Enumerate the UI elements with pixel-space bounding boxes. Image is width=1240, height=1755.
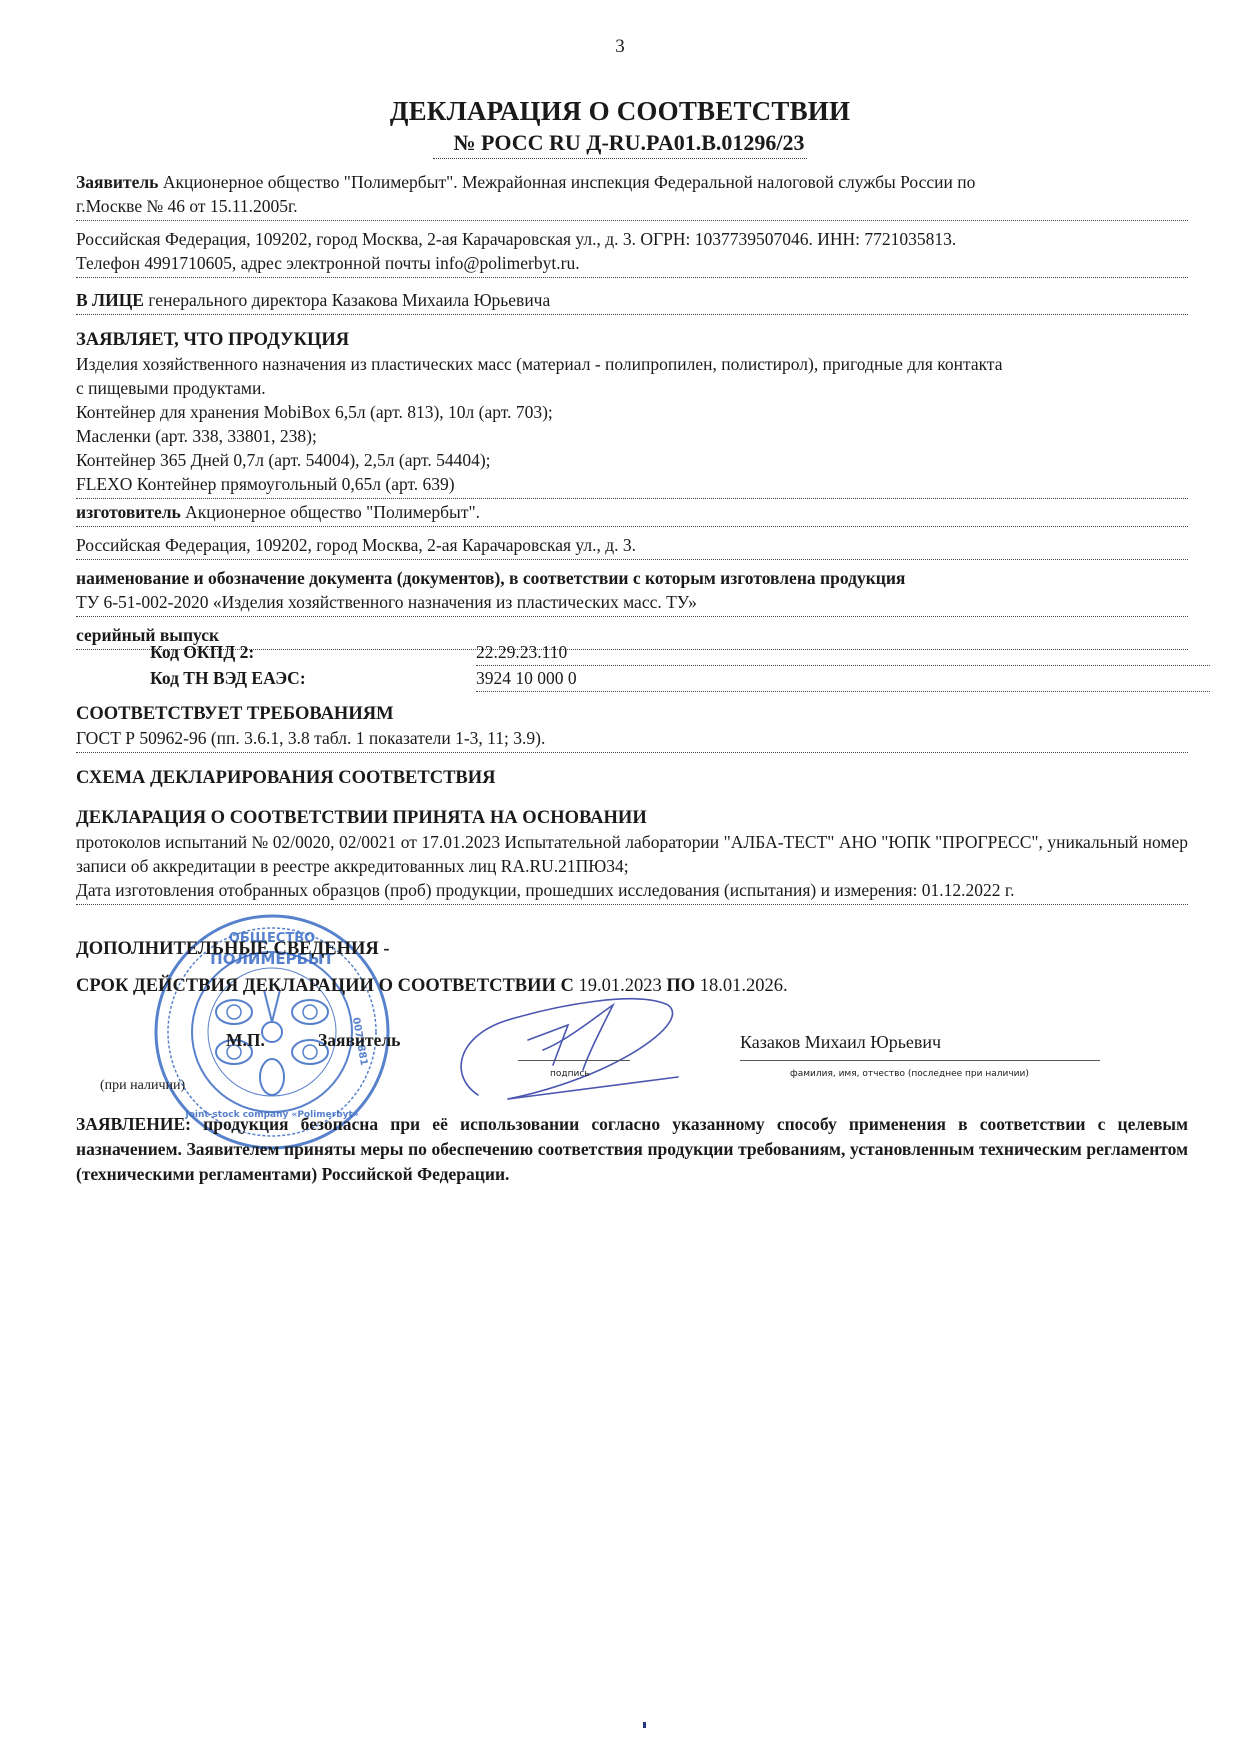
- represented-text: генерального директора Казакова Михаила …: [144, 290, 550, 310]
- manufacturer-section: изготовитель Акционерное общество "Полим…: [76, 500, 1188, 656]
- basis-paragraph2: Дата изготовления отобранных образцов (п…: [76, 878, 1188, 905]
- applicant-label: Заявитель: [76, 172, 158, 192]
- applicant-line2: г.Москве № 46 от 15.11.2005г.: [76, 194, 1188, 221]
- scheme-heading: СХЕМА ДЕКЛАРИРОВАНИЯ СООТВЕТСТВИЯ: [76, 766, 1188, 790]
- signature-icon: [448, 995, 688, 1105]
- manufacturer-label: изготовитель: [76, 502, 181, 522]
- applicant-address-line2: Телефон 4991710605, адрес электронной по…: [76, 251, 1188, 278]
- statement: ЗАЯВЛЕНИЕ: продукция безопасна при её ис…: [76, 1112, 1188, 1187]
- additional-info-label: ДОПОЛНИТЕЛЬНЫЕ СВЕДЕНИЯ: [76, 939, 379, 959]
- product-line: Изделия хозяйственного назначения из пла…: [76, 352, 1188, 376]
- document-title: ДЕКЛАРАЦИЯ О СООТВЕТСТВИИ: [0, 96, 1240, 127]
- applicant-text: Акционерное общество "Полимербыт". Межра…: [158, 172, 975, 192]
- product-line: Контейнер для хранения MobiBox 6,5л (арт…: [76, 400, 1188, 424]
- requirements-text: ГОСТ Р 50962-96 (пп. 3.6.1, 3.8 табл. 1 …: [76, 726, 1188, 753]
- statement-label: ЗАЯВЛЕНИЕ:: [76, 1114, 191, 1134]
- signature-caption: подпись: [550, 1069, 590, 1079]
- additional-info: ДОПОЛНИТЕЛЬНЫЕ СВЕДЕНИЯ -: [76, 937, 1188, 961]
- name-caption: фамилия, имя, отчество (последнее при на…: [790, 1069, 1029, 1079]
- validity-label: СРОК ДЕЙСТВИЯ ДЕКЛАРАЦИИ О СООТВЕТСТВИИ …: [76, 976, 574, 996]
- validity-from: 19.01.2023: [574, 976, 667, 996]
- validity-to: 18.01.2026.: [695, 976, 788, 996]
- statement-text: продукция безопасна при её использовании…: [76, 1114, 1188, 1184]
- basis-heading: ДЕКЛАРАЦИЯ О СООТВЕТСТВИИ ПРИНЯТА НА ОСН…: [76, 806, 1188, 830]
- manufacturer-text: Акционерное общество "Полимербыт".: [181, 502, 480, 522]
- signature-line: [518, 1060, 630, 1061]
- code-value: 3924 10 000 0: [476, 666, 1210, 692]
- product-line: Контейнер 365 Дней 0,7л (арт. 54004), 2,…: [76, 448, 1188, 472]
- product-heading: ЗАЯВЛЯЕТ, ЧТО ПРОДУКЦИЯ: [76, 328, 1188, 352]
- product-line: с пищевыми продуктами.: [76, 376, 1188, 400]
- scan-mark: [643, 1722, 646, 1728]
- code-label: Код ОКПД 2:: [150, 640, 476, 666]
- mp-note: (при наличии): [100, 1078, 185, 1094]
- basis-paragraph1: протоколов испытаний № 02/0020, 02/0021 …: [76, 830, 1188, 878]
- additional-section: ДОПОЛНИТЕЛЬНЫЕ СВЕДЕНИЯ -: [76, 937, 1188, 961]
- signer-name: Казаков Михаил Юрьевич: [740, 1032, 941, 1053]
- name-line: [740, 1060, 1100, 1061]
- code-label: Код ТН ВЭД ЕАЭС:: [150, 666, 476, 692]
- represented-label: В ЛИЦЕ: [76, 290, 144, 310]
- requirements-section: СООТВЕТСТВУЕТ ТРЕБОВАНИЯМ ГОСТ Р 50962-9…: [76, 702, 1188, 759]
- page-number: 3: [0, 36, 1240, 58]
- product-section: ЗАЯВЛЯЕТ, ЧТО ПРОДУКЦИЯ Изделия хозяйств…: [76, 328, 1188, 505]
- codes-section: Код ОКПД 2: 22.29.23.110 Код ТН ВЭД ЕАЭС…: [150, 640, 1210, 692]
- additional-info-value: -: [379, 939, 390, 959]
- applicant-address-line1: Российская Федерация, 109202, город Моск…: [76, 227, 1188, 251]
- applicant-signature-label: Заявитель: [318, 1030, 400, 1051]
- mp-label: М.П.: [226, 1030, 265, 1051]
- manufacturer-address: Российская Федерация, 109202, город Моск…: [76, 533, 1188, 560]
- product-line: FLEXO Контейнер прямоугольный 0,65л (арт…: [76, 472, 1188, 499]
- product-line: Масленки (арт. 338, 33801, 238);: [76, 424, 1188, 448]
- registration-number-wrap: № РОСС RU Д-RU.PA01.B.01296/23: [0, 130, 1240, 159]
- document-basis-text: ТУ 6-51-002-2020 «Изделия хозяйственного…: [76, 590, 1188, 617]
- code-value: 22.29.23.110: [476, 640, 1210, 666]
- manufacturer-line: изготовитель Акционерное общество "Полим…: [76, 500, 1188, 527]
- code-row-tnved: Код ТН ВЭД ЕАЭС: 3924 10 000 0: [150, 666, 1210, 692]
- represented-line: В ЛИЦЕ генерального директора Казакова М…: [76, 288, 1188, 315]
- requirements-heading: СООТВЕТСТВУЕТ ТРЕБОВАНИЯМ: [76, 702, 1188, 726]
- code-row-okpd: Код ОКПД 2: 22.29.23.110: [150, 640, 1210, 666]
- represented-section: В ЛИЦЕ генерального директора Казакова М…: [76, 288, 1188, 321]
- validity-to-label: ПО: [666, 976, 695, 996]
- applicant-section: Заявитель Акционерное общество "Полимерб…: [76, 170, 1188, 284]
- document-basis-heading: наименование и обозначение документа (до…: [76, 566, 1188, 590]
- basis-section: ДЕКЛАРАЦИЯ О СООТВЕТСТВИИ ПРИНЯТА НА ОСН…: [76, 806, 1188, 911]
- applicant-line1: Заявитель Акционерное общество "Полимерб…: [76, 170, 1188, 194]
- registration-number: № РОСС RU Д-RU.PA01.B.01296/23: [433, 130, 806, 159]
- scheme-section: СХЕМА ДЕКЛАРИРОВАНИЯ СООТВЕТСТВИЯ: [76, 766, 1188, 790]
